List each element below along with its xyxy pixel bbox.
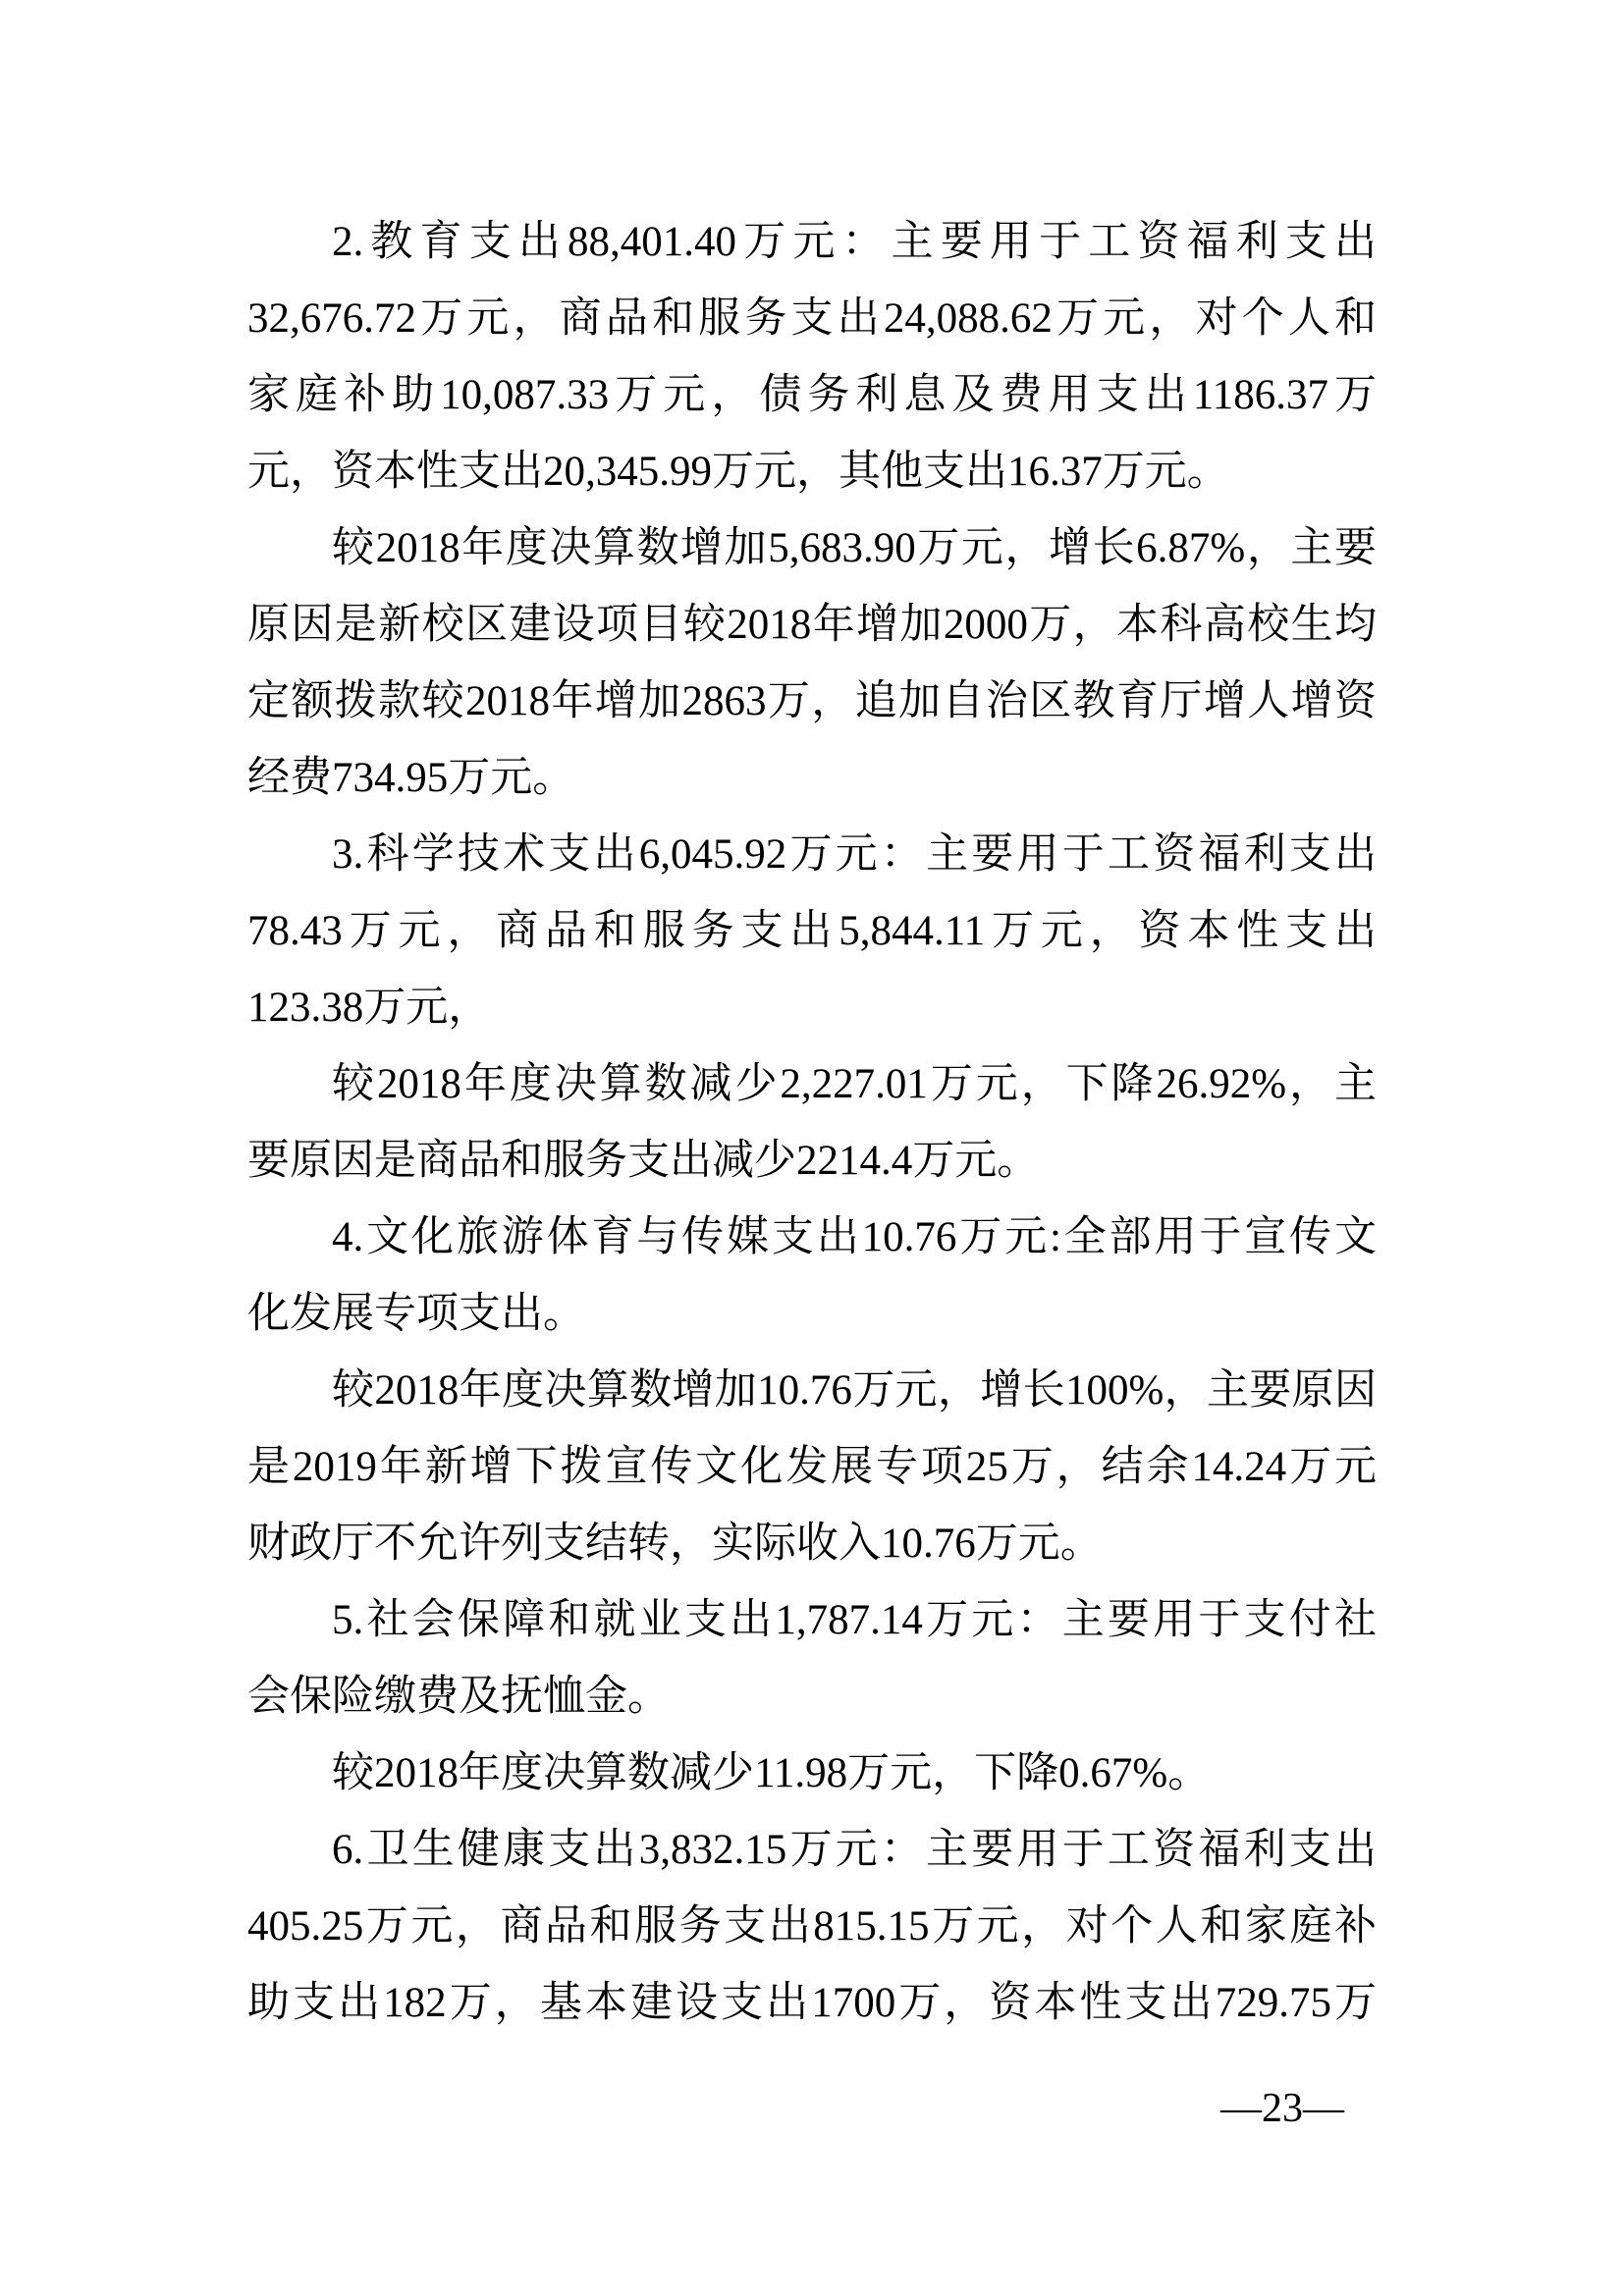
text-line: 较2018年度决算数减少11.98万元，下降0.67%。 <box>247 1735 1377 1812</box>
text-line: 32,676.72万元，商品和服务支出24,088.62万元，对个人和 <box>247 281 1377 357</box>
text-line: 要原因是商品和服务支出减少2214.4万元。 <box>247 1123 1377 1200</box>
page-number: —23— <box>1216 2085 1349 2132</box>
text-line: 家庭补助10,087.33万元，债务利息及费用支出1186.37万 <box>247 357 1377 434</box>
text-line: 较2018年度决算数增加10.76万元，增长100%，主要原因 <box>247 1353 1377 1429</box>
text-line: 财政厅不允许列支结转，实际收入10.76万元。 <box>247 1506 1377 1582</box>
text-line: 4.文化旅游体育与传媒支出10.76万元:全部用于宣传文 <box>247 1200 1377 1276</box>
text-line: 原因是新校区建设项目较2018年增加2000万，本科高校生均 <box>247 587 1377 664</box>
text-line: 5.社会保障和就业支出1,787.14万元：主要用于支付社 <box>247 1582 1377 1659</box>
text-line: 会保险缴费及抚恤金。 <box>247 1659 1377 1735</box>
text-line: 78.43万元，商品和服务支出5,844.11万元，资本性支出 <box>247 893 1377 970</box>
text-line: 405.25万元，商品和服务支出815.15万元，对个人和家庭补 <box>247 1889 1377 1965</box>
text-line: 较2018年度决算数减少2,227.01万元，下降26.92%，主 <box>247 1046 1377 1123</box>
text-line: 助支出182万，基本建设支出1700万，资本性支出729.75万 <box>247 1965 1377 2042</box>
text-line: 定额拨款较2018年增加2863万，追加自治区教育厅增人增资 <box>247 664 1377 740</box>
text-line: 2.教育支出88,401.40万元：主要用于工资福利支出 <box>247 204 1377 281</box>
text-line: 元，资本性支出20,345.99万元，其他支出16.37万元。 <box>247 434 1377 510</box>
text-line: 经费734.95万元。 <box>247 740 1377 817</box>
text-line: 123.38万元， <box>247 970 1377 1046</box>
document-page: 2.教育支出88,401.40万元：主要用于工资福利支出32,676.72万元，… <box>0 0 1624 2296</box>
text-line: 较2018年度决算数增加5,683.90万元，增长6.87%，主要 <box>247 510 1377 587</box>
text-line: 3.科学技术支出6,045.92万元：主要用于工资福利支出 <box>247 817 1377 893</box>
text-block: 2.教育支出88,401.40万元：主要用于工资福利支出32,676.72万元，… <box>247 204 1377 2042</box>
text-line: 化发展专项支出。 <box>247 1276 1377 1353</box>
text-line: 6.卫生健康支出3,832.15万元：主要用于工资福利支出 <box>247 1812 1377 1889</box>
text-line: 是2019年新增下拨宣传文化发展专项25万，结余14.24万元 <box>247 1429 1377 1506</box>
